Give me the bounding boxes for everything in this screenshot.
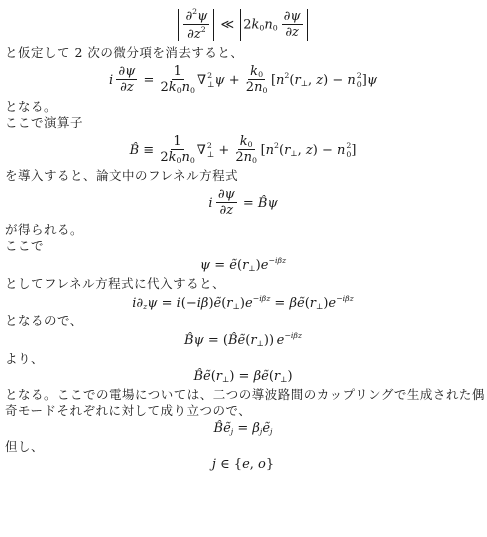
math-variable: i∂ — [132, 295, 143, 310]
math-operator: ) — [287, 369, 292, 384]
eq-field-ansatz: ψ = ẽ(r⊥)e−iβz — [5, 256, 481, 274]
math-numerator: ∂ψ — [282, 10, 303, 26]
math-variable: ψ — [214, 73, 224, 88]
math-variable: ∂z — [285, 25, 299, 40]
eq-mode-index-set: j ∈ {e, o} — [5, 457, 481, 473]
math-denominator: ∂z — [285, 25, 299, 40]
math-variable: ∂ψ — [118, 64, 135, 79]
math-variable: o — [258, 457, 266, 472]
math-variable: ∂ψ — [218, 187, 235, 202]
math-variable: e — [328, 295, 336, 310]
math-variable: ψ — [147, 295, 157, 310]
math-fraction: 12k0n0 — [161, 65, 195, 96]
math-superscript: −iβz — [268, 256, 286, 265]
math-fraction: ∂ψ∂z — [216, 188, 237, 219]
math-numerator: 1 — [172, 65, 184, 81]
math-operator: 0 — [258, 70, 263, 79]
math-operator: 2 — [207, 141, 212, 150]
math-variable: ψ — [197, 9, 207, 24]
math-operator: 0 — [190, 86, 195, 95]
math-variable: ∂ψ — [284, 9, 301, 24]
math-variable: n — [266, 143, 274, 158]
eq-mode-eigenvalue-equation: B̂ẽj = βjẽj — [5, 421, 481, 437]
math-variable: k — [169, 80, 177, 95]
math-variable: ẽ — [229, 258, 237, 273]
para-coupling-line-1: となる。ここでの電場については、二つの導波路間のカップリングで生成された偶・ — [5, 388, 481, 403]
math-denominator: ∂z2 — [187, 25, 206, 42]
math-variable: j — [270, 427, 272, 436]
math-variable: B̂ — [130, 143, 140, 158]
math-subscript: ⊥ — [257, 339, 264, 348]
math-subscript: 0 — [273, 24, 278, 33]
math-numerator: k0 — [238, 135, 255, 151]
math-subscript: 0 — [258, 70, 263, 79]
math-subscript: 0 — [262, 86, 267, 95]
eq-operator-b-definition: B̂ ≡ 12k0n0∇2⊥ + k02n0[n2(r⊥, z) − n20] — [5, 135, 481, 166]
math-variable: n — [337, 143, 345, 158]
math-numerator: ∂ψ — [116, 65, 137, 81]
math-variable: βẽ — [289, 295, 304, 310]
math-vertical-bar — [240, 9, 241, 42]
math-operator: ∈ { — [216, 457, 242, 472]
document-page: ∂2ψ∂z2 ≪ 2k0n0∂ψ∂zと仮定して 2 次の微分項を消去すると、i∂… — [0, 0, 487, 537]
math-variable: B̂ẽ — [193, 369, 210, 384]
math-subscript: 0 — [252, 156, 257, 165]
math-vertical-bar — [178, 9, 179, 42]
math-operator: 2 — [201, 25, 206, 34]
math-subscript: 0 — [248, 140, 253, 149]
math-operator: 0 — [190, 156, 195, 165]
math-operator: 1 — [174, 64, 182, 79]
math-operator: 0 — [248, 140, 253, 149]
math-subscript: ⊥ — [248, 264, 255, 273]
para-obtained: が得られる。 — [5, 223, 481, 238]
math-operator: 1 — [173, 134, 181, 149]
eq-b-psi-expansion: B̂ψ = (B̂ẽ(r⊥))e−iβz — [5, 331, 481, 349]
math-variable: iβz — [275, 256, 286, 265]
math-subscript: ⊥ — [290, 148, 297, 157]
math-fraction: k02n0 — [246, 65, 268, 96]
eq-paraxial-wave-equation: i∂ψ∂z = 12k0n0∇2⊥ψ + k02n0[n2(r⊥, z) − n… — [5, 65, 481, 96]
math-operator: ⊥ — [233, 301, 240, 310]
math-superscript: −iβz — [253, 294, 271, 303]
math-variable: B̂ẽ — [228, 333, 245, 348]
math-denominator: 2n0 — [235, 150, 257, 165]
math-operator: = — [239, 196, 258, 211]
math-operator: = — [210, 258, 229, 273]
math-fraction: 12k0n0 — [160, 135, 194, 166]
math-operator: = — [270, 295, 289, 310]
math-operator: } — [266, 457, 274, 472]
para-tadashi: 但し、 — [5, 440, 481, 455]
math-operator: (− — [181, 295, 197, 310]
math-operator: ∇ — [197, 143, 206, 158]
para-to-naru-1: となる。 — [5, 100, 481, 115]
math-variable: B̂ẽ — [214, 421, 231, 436]
math-operator: = — [157, 295, 176, 310]
math-fraction: k02n0 — [235, 135, 257, 166]
math-operator: )) — [264, 333, 274, 348]
math-denominator: 2k0n0 — [160, 150, 194, 165]
math-variable: iβz — [343, 294, 354, 303]
math-operator: , — [298, 143, 306, 158]
math-operator: − — [318, 143, 337, 158]
para-substitute-fresnel: としてフレネル方程式に代入すると、 — [5, 277, 481, 292]
math-subscript: 0 — [190, 156, 195, 165]
math-operator: , — [250, 457, 258, 472]
para-koko-de: ここで — [5, 239, 481, 254]
math-denominator: ∂z — [120, 80, 134, 95]
math-variable: iβ — [197, 295, 209, 310]
math-variable: ∂z — [219, 203, 233, 218]
math-variable: i — [109, 73, 113, 88]
math-variable: k — [250, 64, 258, 79]
math-operator: ⊥ — [290, 148, 297, 157]
math-operator: ∇ — [197, 73, 206, 88]
math-operator: = — [234, 369, 253, 384]
math-operator: ≡ — [139, 143, 158, 158]
math-operator: + — [225, 73, 244, 88]
math-variable: n — [244, 150, 252, 165]
math-operator: 2 — [160, 150, 168, 165]
para-coupling-line-2: 奇モードそれぞれに対して成り立つので、 — [5, 404, 481, 419]
math-superscript: −iβz — [284, 331, 302, 340]
math-operator: ⊥ — [257, 339, 264, 348]
math-subscript: 0 — [190, 86, 195, 95]
math-variable: ẽ — [262, 421, 270, 436]
math-operator: = ( — [204, 333, 228, 348]
math-variable: i — [208, 196, 212, 211]
math-denominator: 2n0 — [246, 80, 268, 95]
math-variable: n — [181, 150, 189, 165]
math-variable: ∂z — [120, 80, 134, 95]
math-variable: iβz — [259, 294, 270, 303]
math-variable: B̂ψ — [258, 196, 278, 211]
eq-z-derivative-substitution: i∂zψ = i(−iβ)ẽ(r⊥)e−iβz = βẽ(r⊥)e−iβz — [5, 294, 481, 312]
math-variable: ψ — [200, 258, 210, 273]
math-variable: n — [182, 80, 190, 95]
math-operator: 0 — [252, 156, 257, 165]
math-subscript: ⊥ — [233, 301, 240, 310]
math-operator: 0 — [273, 24, 278, 33]
math-variable: e — [242, 457, 250, 472]
math-operator: 2 — [243, 18, 251, 33]
math-denominator: ∂z — [219, 203, 233, 218]
eq-second-derivative-negligible: ∂2ψ∂z2 ≪ 2k0n0∂ψ∂z — [5, 8, 481, 42]
math-variable: β — [252, 421, 260, 436]
math-subscript: ⊥ — [301, 79, 308, 88]
math-operator: = — [139, 73, 158, 88]
math-operator: + — [214, 143, 233, 158]
math-operator: ⊥ — [248, 264, 255, 273]
math-operator: ⊥ — [301, 79, 308, 88]
math-variable: n — [347, 73, 355, 88]
math-operator: 2 — [246, 80, 254, 95]
math-fraction: ∂ψ∂z — [282, 10, 303, 41]
math-superscript: −iβz — [336, 294, 354, 303]
math-operator: 2 — [207, 71, 212, 80]
math-variable: B̂ψ — [184, 333, 204, 348]
math-operator: ] — [351, 143, 356, 158]
math-variable: ∂z — [187, 27, 201, 42]
math-variable: βẽ — [254, 369, 269, 384]
math-superscript: 2 — [201, 25, 206, 34]
eq-eigenvalue-equation: B̂ẽ(r⊥) = βẽ(r⊥) — [5, 369, 481, 385]
math-denominator: 2k0n0 — [161, 80, 195, 95]
math-operator: = — [233, 421, 252, 436]
para-introduce-fresnel: を導入すると、論文中のフレネル方程式 — [5, 169, 481, 184]
math-numerator: ∂ψ — [216, 188, 237, 204]
math-operator: ≪ — [216, 18, 238, 33]
math-operator: 2 — [235, 150, 243, 165]
math-numerator: k0 — [248, 65, 265, 81]
para-operator-intro: ここで演算子 — [5, 116, 481, 131]
math-vertical-bar — [307, 9, 308, 42]
math-subscript: j — [270, 427, 272, 436]
math-numerator: ∂2ψ — [183, 8, 209, 25]
para-to-naru-node: となるので、 — [5, 314, 481, 329]
math-operator: 0 — [262, 86, 267, 95]
math-operator: 2 — [161, 80, 169, 95]
math-fraction: ∂ψ∂z — [116, 65, 137, 96]
math-variable: z — [306, 143, 313, 158]
para-yori: より、 — [5, 352, 481, 367]
math-variable: k — [240, 134, 248, 149]
para-assume-eliminate: と仮定して 2 次の微分項を消去すると、 — [5, 46, 481, 61]
eq-fresnel-equation: i∂ψ∂z = B̂ψ — [5, 188, 481, 219]
math-variable: e — [245, 295, 253, 310]
math-fraction: ∂2ψ∂z2 — [183, 8, 209, 42]
math-numerator: 1 — [171, 135, 183, 151]
math-variable: ψ — [367, 73, 377, 88]
math-variable: iβz — [291, 331, 302, 340]
math-vertical-bar — [213, 9, 214, 42]
math-variable: n — [264, 18, 272, 33]
math-operator: − — [328, 73, 347, 88]
